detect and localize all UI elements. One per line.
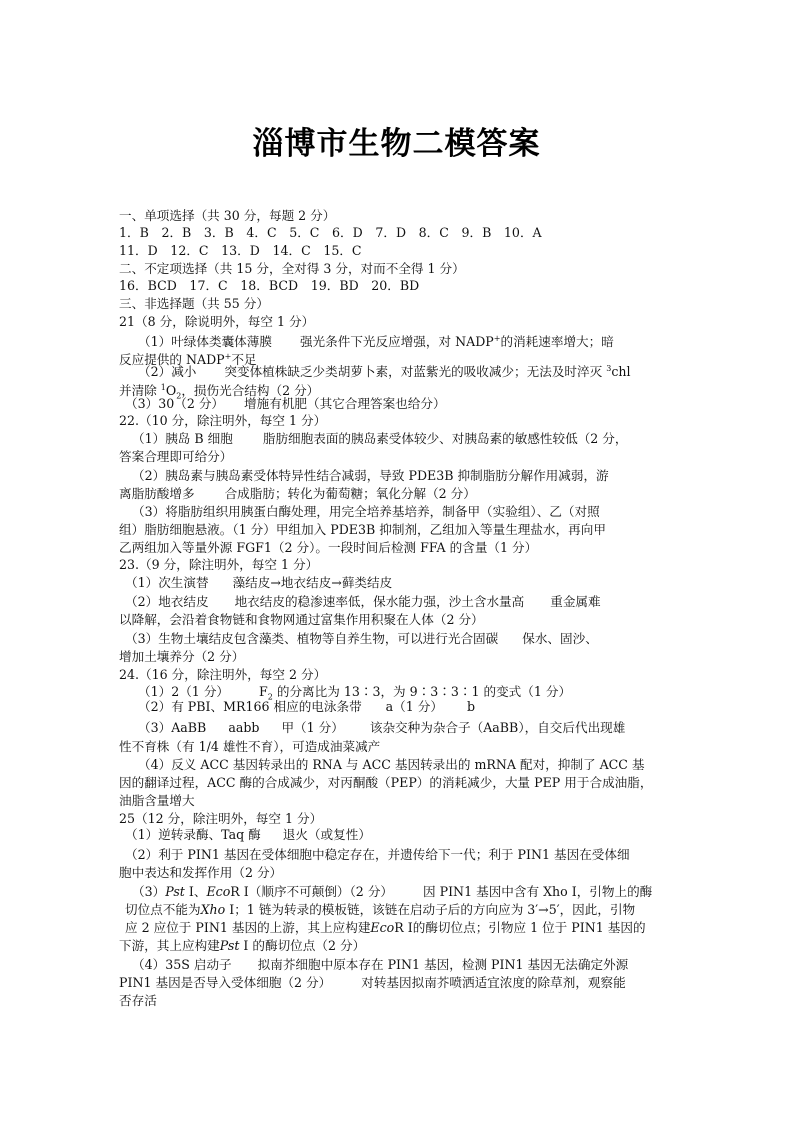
q22-p1-answer-b: 脂肪细胞表面的胰岛素受体较少、对胰岛素的敏感性较低（2 分，	[263, 431, 628, 446]
q21-p3-answer-a: （3）30（2 分）	[125, 396, 224, 411]
mc-answers-row-1: 1．B 2．B 3．B 4．C 5．C 6．D 7．D 8．C 9．B 10．A	[119, 225, 542, 241]
q25-p3-answer-b: I、	[185, 884, 207, 899]
q24-part3-cont: 性不育株（有 1/4 雄性不育），可造成油菜减产	[119, 739, 380, 755]
q24-part4: （4）反义 ACC 基因转录出的 RNA 与 ACC 基因转录出的 mRNA 配…	[138, 757, 645, 773]
q22-p2-cont-a: 离脂肪酸增多	[119, 486, 195, 501]
q21-part1: （1）叶绿体类囊体薄膜强光条件下光反应增强，对 NADP+的消耗速率增大；暗	[138, 331, 614, 350]
q25-p1-answer-a: （1）逆转录酶、Taq 酶	[125, 827, 261, 842]
q25-part3-cont1: 切位点不能为Xho I；1 链为转录的模板链，该链在启动子后的方向应为 3′→5…	[125, 902, 635, 918]
q24-p3-answer-c: 甲（1 分）	[281, 720, 343, 735]
multi-answers-row: 16．BCD 17．C 18．BCD 19．BD 20．BD	[119, 278, 419, 294]
q25-p3-cont1-a: 切位点不能为	[125, 902, 201, 917]
q25-p4-cont1-b: 对转基因拟南芥喷洒适宜浓度的除草剂，观察能	[361, 975, 625, 990]
q22-part1: （1）胰岛 B 细胞脂肪细胞表面的胰岛素受体较少、对胰岛素的敏感性较低（2 分，	[132, 431, 628, 447]
q23-p2-answer-c: 重金属难	[550, 594, 600, 609]
q22-header: 22.（10 分，除注明外，每空 1 分）	[119, 413, 326, 429]
q23-part3-cont: 增加土壤养分（2 分）	[119, 649, 244, 665]
q24-p3-answer-d: 该杂交种为杂合子（AaBB），自交后代出现雄	[370, 720, 626, 735]
q23-p2-answer-b: 地衣结皮的稳渗速率低，保水能力强，沙土含水量高	[235, 594, 525, 609]
q25-part4: （4）35S 启动子拟南芥细胞中原本存在 PIN1 基因，检测 PIN1 基因无…	[132, 957, 628, 973]
q24-part2: （2）有 PBI、MR166 相应的电泳条带a（1 分）b	[138, 699, 475, 715]
q24-p1-answer-c: 的分离比为 13∶3，为 9∶3∶3∶1 的变式（1 分）	[273, 684, 571, 699]
q23-p2-answer-a: （2）地衣结皮	[125, 594, 209, 609]
q25-p1-answer-b: 退火（或复性）	[283, 827, 371, 842]
q25-p3-answer-a: （3）	[132, 884, 165, 899]
q21-part3: （3）30（2 分）增施有机肥（其它合理答案也给分）	[125, 396, 446, 412]
q22-part3: （3）将脂肪组织用胰蛋白酶处理，用完全培养基培养，制备甲（实验组）、乙（对照	[132, 504, 600, 520]
q22-part2-cont: 离脂肪酸增多合成脂肪；转化为葡萄糖；氧化分解（2 分）	[119, 486, 476, 502]
q25-p4-answer-b: 拟南芥细胞中原本存在 PIN1 基因，检测 PIN1 基因无法确定外源	[258, 957, 629, 972]
q25-part2: （2）利于 PIN1 基因在受体细胞中稳定存在，并遗传给下一代；利于 PIN1 …	[125, 847, 630, 863]
q25-p3-cont3-a: 下游，其上应构建	[119, 938, 220, 953]
q23-header: 23.（9 分，除注明外，每空 1 分）	[119, 557, 318, 573]
q21-part2: （2）减小突变体植株缺乏少类胡萝卜素，对蓝紫光的吸收减少；无法及时淬灭 3chl	[138, 361, 631, 380]
q25-p3-cont1-b: I；1 链为转录的模板链，该链在启动子后的方向应为 3′→5′，因此，引物	[225, 902, 635, 917]
q24-p3-answer-b: aabb	[228, 720, 259, 735]
q25-p3-cont3-b: I 的酶切位点（2 分）	[239, 938, 365, 953]
q24-header: 24.（16 分，除注明外，每空 2 分）	[119, 667, 326, 683]
q24-part3: （3）AaBBaabb甲（1 分）该杂交种为杂合子（AaBB），自交后代出现雄	[138, 720, 625, 736]
q21-header: 21（8 分，除说明外，每空 1 分）	[119, 314, 314, 330]
section-3-header: 三、非选择题（共 55 分）	[119, 296, 269, 312]
document-title: 淄博市生物二模答案	[0, 118, 793, 163]
q21-p1-answer-b: 强光条件下光反应增强，对 NADP	[300, 334, 494, 349]
q25-part3-cont3: 下游，其上应构建Pst I 的酶切位点（2 分）	[119, 938, 365, 954]
q23-p3-answer-a: （3）生物土壤结皮包含藻类、植物等自养生物，可以进行光合固碳	[125, 631, 498, 646]
q23-p3-answer-b: 保水、固沙、	[522, 631, 598, 646]
q24-p2-answer-a: （2）有 PBI、MR166 相应的电泳条带	[138, 699, 362, 714]
q25-p4-cont1-a: PIN1 基因是否导入受体细胞（2 分）	[119, 975, 331, 990]
mc-answers-row-2: 11．D 12．C 13．D 14．C 15．C	[119, 243, 362, 259]
q24-p2-answer-b: a（1 分）	[386, 699, 443, 714]
enzyme-name-pst: Pst	[165, 884, 185, 899]
q21-p2-answer-b: 突变体植株缺乏少类胡萝卜素，对蓝紫光的吸收减少；无法及时淬灭	[224, 364, 606, 379]
q25-part1: （1）逆转录酶、Taq 酶退火（或复性）	[125, 827, 371, 843]
q25-part3-cont2: 应 2 应位于 PIN1 基因的上游，其上应构建EcoR I的酶切位点；引物应 …	[125, 920, 646, 936]
q22-p2-cont-b: 合成脂肪；转化为葡萄糖；氧化分解（2 分）	[225, 486, 476, 501]
q21-p2-answer-a: （2）减小	[138, 364, 196, 379]
q22-part3-cont1: 组）脂肪细胞悬液。（1 分）甲组加入 PDE3B 抑制剂，乙组加入等量生理盐水，…	[119, 522, 606, 538]
enzyme-name-xho: Xho	[201, 902, 226, 917]
q23-p1-answer-b: 藻结皮→地衣结皮→藓类结皮	[233, 575, 393, 590]
q22-part1-cont: 答案合理即可给分）	[119, 449, 232, 465]
q21-p3-answer-b: 增施有机肥（其它合理答案也给分）	[244, 396, 446, 411]
q25-part2-cont: 胞中表达和发挥作用（2 分）	[119, 865, 282, 881]
section-1-header: 一、单项选择（共 30 分，每题 2 分）	[119, 208, 335, 224]
q23-part1: （1）次生演替藻结皮→地衣结皮→藓类结皮	[125, 575, 392, 591]
q24-part4-cont2: 油脂含量增大	[119, 793, 195, 809]
q24-p1-answer-a: （1）2（1 分）	[138, 684, 229, 699]
q24-p1-answer-b: F	[259, 684, 268, 699]
enzyme-name-eco: Eco	[206, 884, 230, 899]
q22-part2: （2）胰岛素与胰岛素受体特异性结合减弱，导致 PDE3B 抑制脂肪分解作用减弱，…	[132, 468, 609, 484]
q24-part4-cont1: 因的翻译过程，ACC 酶的合成减少，对丙酮酸（PEP）的消耗减少，大量 PEP …	[119, 775, 652, 791]
q25-part3: （3）Pst I、EcoR I（顺序不可颠倒）（2 分）因 PIN1 基因中含有…	[132, 884, 652, 900]
q24-p3-answer-a: （3）AaBB	[138, 720, 206, 735]
q23-part2-cont: 以降解，会沿着食物链和食物网通过富集作用积聚在人体（2 分）	[119, 612, 484, 628]
q25-p3-answer-c: R I（顺序不可颠倒）（2 分）	[230, 884, 393, 899]
q25-part4-cont2: 否存活	[119, 993, 157, 1009]
q21-p2-answer-c: chl	[611, 364, 630, 379]
section-2-header: 二、不定项选择（共 15 分，全对得 3 分，对而不全得 1 分）	[119, 261, 465, 277]
q25-p3-answer-d: 因 PIN1 基因中含有 Xho I，引物上的酶	[423, 884, 652, 899]
q25-p3-cont2-a: 应 2 应位于 PIN1 基因的上游，其上应构建	[125, 920, 370, 935]
q25-part4-cont1: PIN1 基因是否导入受体细胞（2 分）对转基因拟南芥喷洒适宜浓度的除草剂，观察…	[119, 975, 626, 991]
q22-part3-cont2: 乙两组加入等量外源 FGF1（2 分）。一段时间后检测 FFA 的含量（1 分）	[119, 540, 537, 556]
q21-p1-answer-c: 的消耗速率增大；暗	[500, 334, 613, 349]
q21-p1-answer-a: （1）叶绿体类囊体薄膜	[138, 334, 272, 349]
q24-p2-answer-c: b	[467, 699, 475, 714]
q25-p4-answer-a: （4）35S 启动子	[132, 957, 232, 972]
enzyme-name-eco: Eco	[370, 920, 394, 935]
q23-part3: （3）生物土壤结皮包含藻类、植物等自养生物，可以进行光合固碳保水、固沙、	[125, 631, 598, 647]
q23-p1-answer-a: （1）次生演替	[125, 575, 209, 590]
q25-p3-cont2-b: R I的酶切位点；引物应 1 位于 PIN1 基因的	[394, 920, 645, 935]
q22-p1-answer-a: （1）胰岛 B 细胞	[132, 431, 233, 446]
enzyme-name-pst: Pst	[220, 938, 240, 953]
q25-header: 25（12 分，除注明外，每空 1 分）	[119, 811, 322, 827]
q23-part2: （2）地衣结皮地衣结皮的稳渗速率低，保水能力强，沙土含水量高重金属难	[125, 594, 601, 610]
